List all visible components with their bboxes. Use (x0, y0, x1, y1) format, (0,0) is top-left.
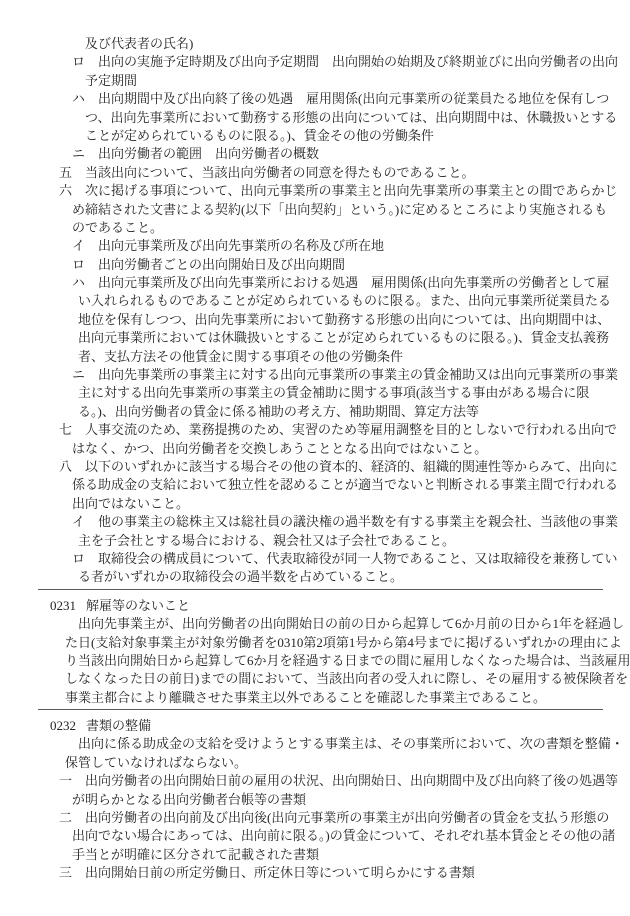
document-line: つ、出向先事業所において勤務する形態の出向については、出向期間中は、休職扱いとす… (0, 109, 630, 127)
document-line: しなくなった日の前日)までの間において、当該出向者の受入れに際し、その雇用する被… (0, 670, 630, 688)
document-line: た日(支給対象事業主が対象労働者を0310第2項第1号から第4号までに掲げるいず… (0, 634, 630, 652)
document-line: ロ 出向の実施予定時期及び出向予定期間 出向開始の始期及び終期並びに出向労働者の… (0, 53, 630, 71)
document-line: 出向に係る助成金の支給を受けようとする事業主は、その事業所において、次の書類を整… (0, 735, 630, 753)
section-divider (38, 709, 603, 710)
document-line: 出向ではないこと。 (0, 495, 630, 513)
document-line: 八 以下のいずれかに該当する場合その他の資本的、経済的、組織的関連性等からみて、… (0, 458, 630, 476)
document-line: ことが定められているものに限る。)、賃金その他の労働条件 (0, 127, 630, 145)
document-line: る。)、出向労働者の賃金に係る補助の考え方、補助期間、算定方法等 (0, 403, 630, 421)
document-line: ハ 出向期間中及び出向終了後の処遇 雇用関係(出向元事業所の従業員たる地位を保有… (0, 90, 630, 108)
document-line: 七 人事交流のため、業務提携のため、実習のため等雇用調整を目的としないで行われる… (0, 421, 630, 439)
section-code: 0231 (50, 597, 86, 615)
section-heading: 0232書類の整備 (0, 717, 630, 735)
document-line: 出向でない場合にあっては、出向前に限る。)の賃金について、それぞれ基本賃金とその… (0, 827, 630, 845)
section-title: 書類の整備 (86, 718, 151, 733)
document-line: 出向元事業所においては休職扱いとすることが定められているものに限る。)、賃金支払… (0, 329, 630, 347)
document-line: 手当とが明確に区分されて記載された書類 (0, 846, 630, 864)
document-line: 五 当該出向について、当該出向労働者の同意を得たものであること。 (0, 164, 630, 182)
document-line: ニ 出向先事業所の事業主に対する出向元事業所の事業主の賃金補助又は出向元事業所の… (0, 366, 630, 384)
document-line: 者、支払方法その他賃金に関する事項その他の労働条件 (0, 348, 630, 366)
document-line: はなく、かつ、出向労働者を交換しあうこととなる出向ではないこと。 (0, 440, 630, 458)
document-line: 六 次に掲げる事項について、出向元事業所の事業主と出向先事業所の事業主との間であ… (0, 182, 630, 200)
document-line: 事業主都合により離職させた事業主以外であることを確認した事業主であること。 (0, 689, 630, 707)
document-content: 及び代表者の氏名)ロ 出向の実施予定時期及び出向予定期間 出向開始の始期及び終期… (0, 35, 630, 883)
document-line: り当該出向開始日から起算して6か月を経過する日までの間に雇用しなくなった場合は、… (0, 652, 630, 670)
document-line: 及び代表者の氏名) (0, 35, 630, 53)
document-line: が明らかとなる出向労働者台帳等の書類 (0, 791, 630, 809)
document-line: 係る助成金の支給において独立性を認めることが適当でないと判断される事業主間で行わ… (0, 476, 630, 494)
section-code: 0232 (50, 717, 86, 735)
document-line: 出向先事業主が、出向労働者の出向開始日の前の日から起算して6か月前の日から1年を… (0, 615, 630, 633)
document-line: ロ 出向労働者ごとの出向開始日及び出向期間 (0, 256, 630, 274)
document-line: イ 出向元事業所及び出向先事業所の名称及び所在地 (0, 237, 630, 255)
document-line: 主を子会社とする場合における、親会社又は子会社であること。 (0, 532, 630, 550)
document-line: め締結された文書による契約(以下「出向契約」という。)に定めるところにより実施さ… (0, 201, 630, 219)
document-line: 二 出向労働者の出向前及び出向後(出向元事業所の事業主が出向労働者の賃金を支払う… (0, 809, 630, 827)
section-title: 解雇等のないこと (86, 598, 190, 613)
section-divider (38, 589, 603, 590)
document-line: イ 他の事業主の総株主又は総社員の議決権の過半数を有する事業主を親会社、当該他の… (0, 513, 630, 531)
document-line: 予定期間 (0, 72, 630, 90)
document-line: 保管していなければならない。 (0, 754, 630, 772)
document-line: 地位を保有しつつ、出向先事業所において勤務する形態の出向については、出向期間中は… (0, 311, 630, 329)
document-line: 主に対する出向先事業所の事業主の賃金補助に関する事項(該当する事由がある場合に限 (0, 384, 630, 402)
document-line: る者がいずれかの取締役会の過半数を占めていること。 (0, 568, 630, 586)
document-line: ハ 出向元事業所及び出向先事業所における処遇 雇用関係(出向先事業所の労働者とし… (0, 274, 630, 292)
document-page: 及び代表者の氏名)ロ 出向の実施予定時期及び出向予定期間 出向開始の始期及び終期… (0, 0, 630, 916)
document-line: ニ 出向労働者の範囲 出向労働者の概数 (0, 145, 630, 163)
document-line: ロ 取締役会の構成員について、代表取締役が同一人物であること、又は取締役を兼務し… (0, 550, 630, 568)
section-heading: 0231解雇等のないこと (0, 597, 630, 615)
document-line: い入れられるものであることが定められているものに限る。また、出向元事業所従業員た… (0, 292, 630, 310)
document-line: 一 出向労働者の出向開始日前の雇用の状況、出向開始日、出向期間中及び出向終了後の… (0, 772, 630, 790)
document-line: のであること。 (0, 219, 630, 237)
document-line: 三 出向開始日前の所定労働日、所定休日等について明らかにする書類 (0, 864, 630, 882)
